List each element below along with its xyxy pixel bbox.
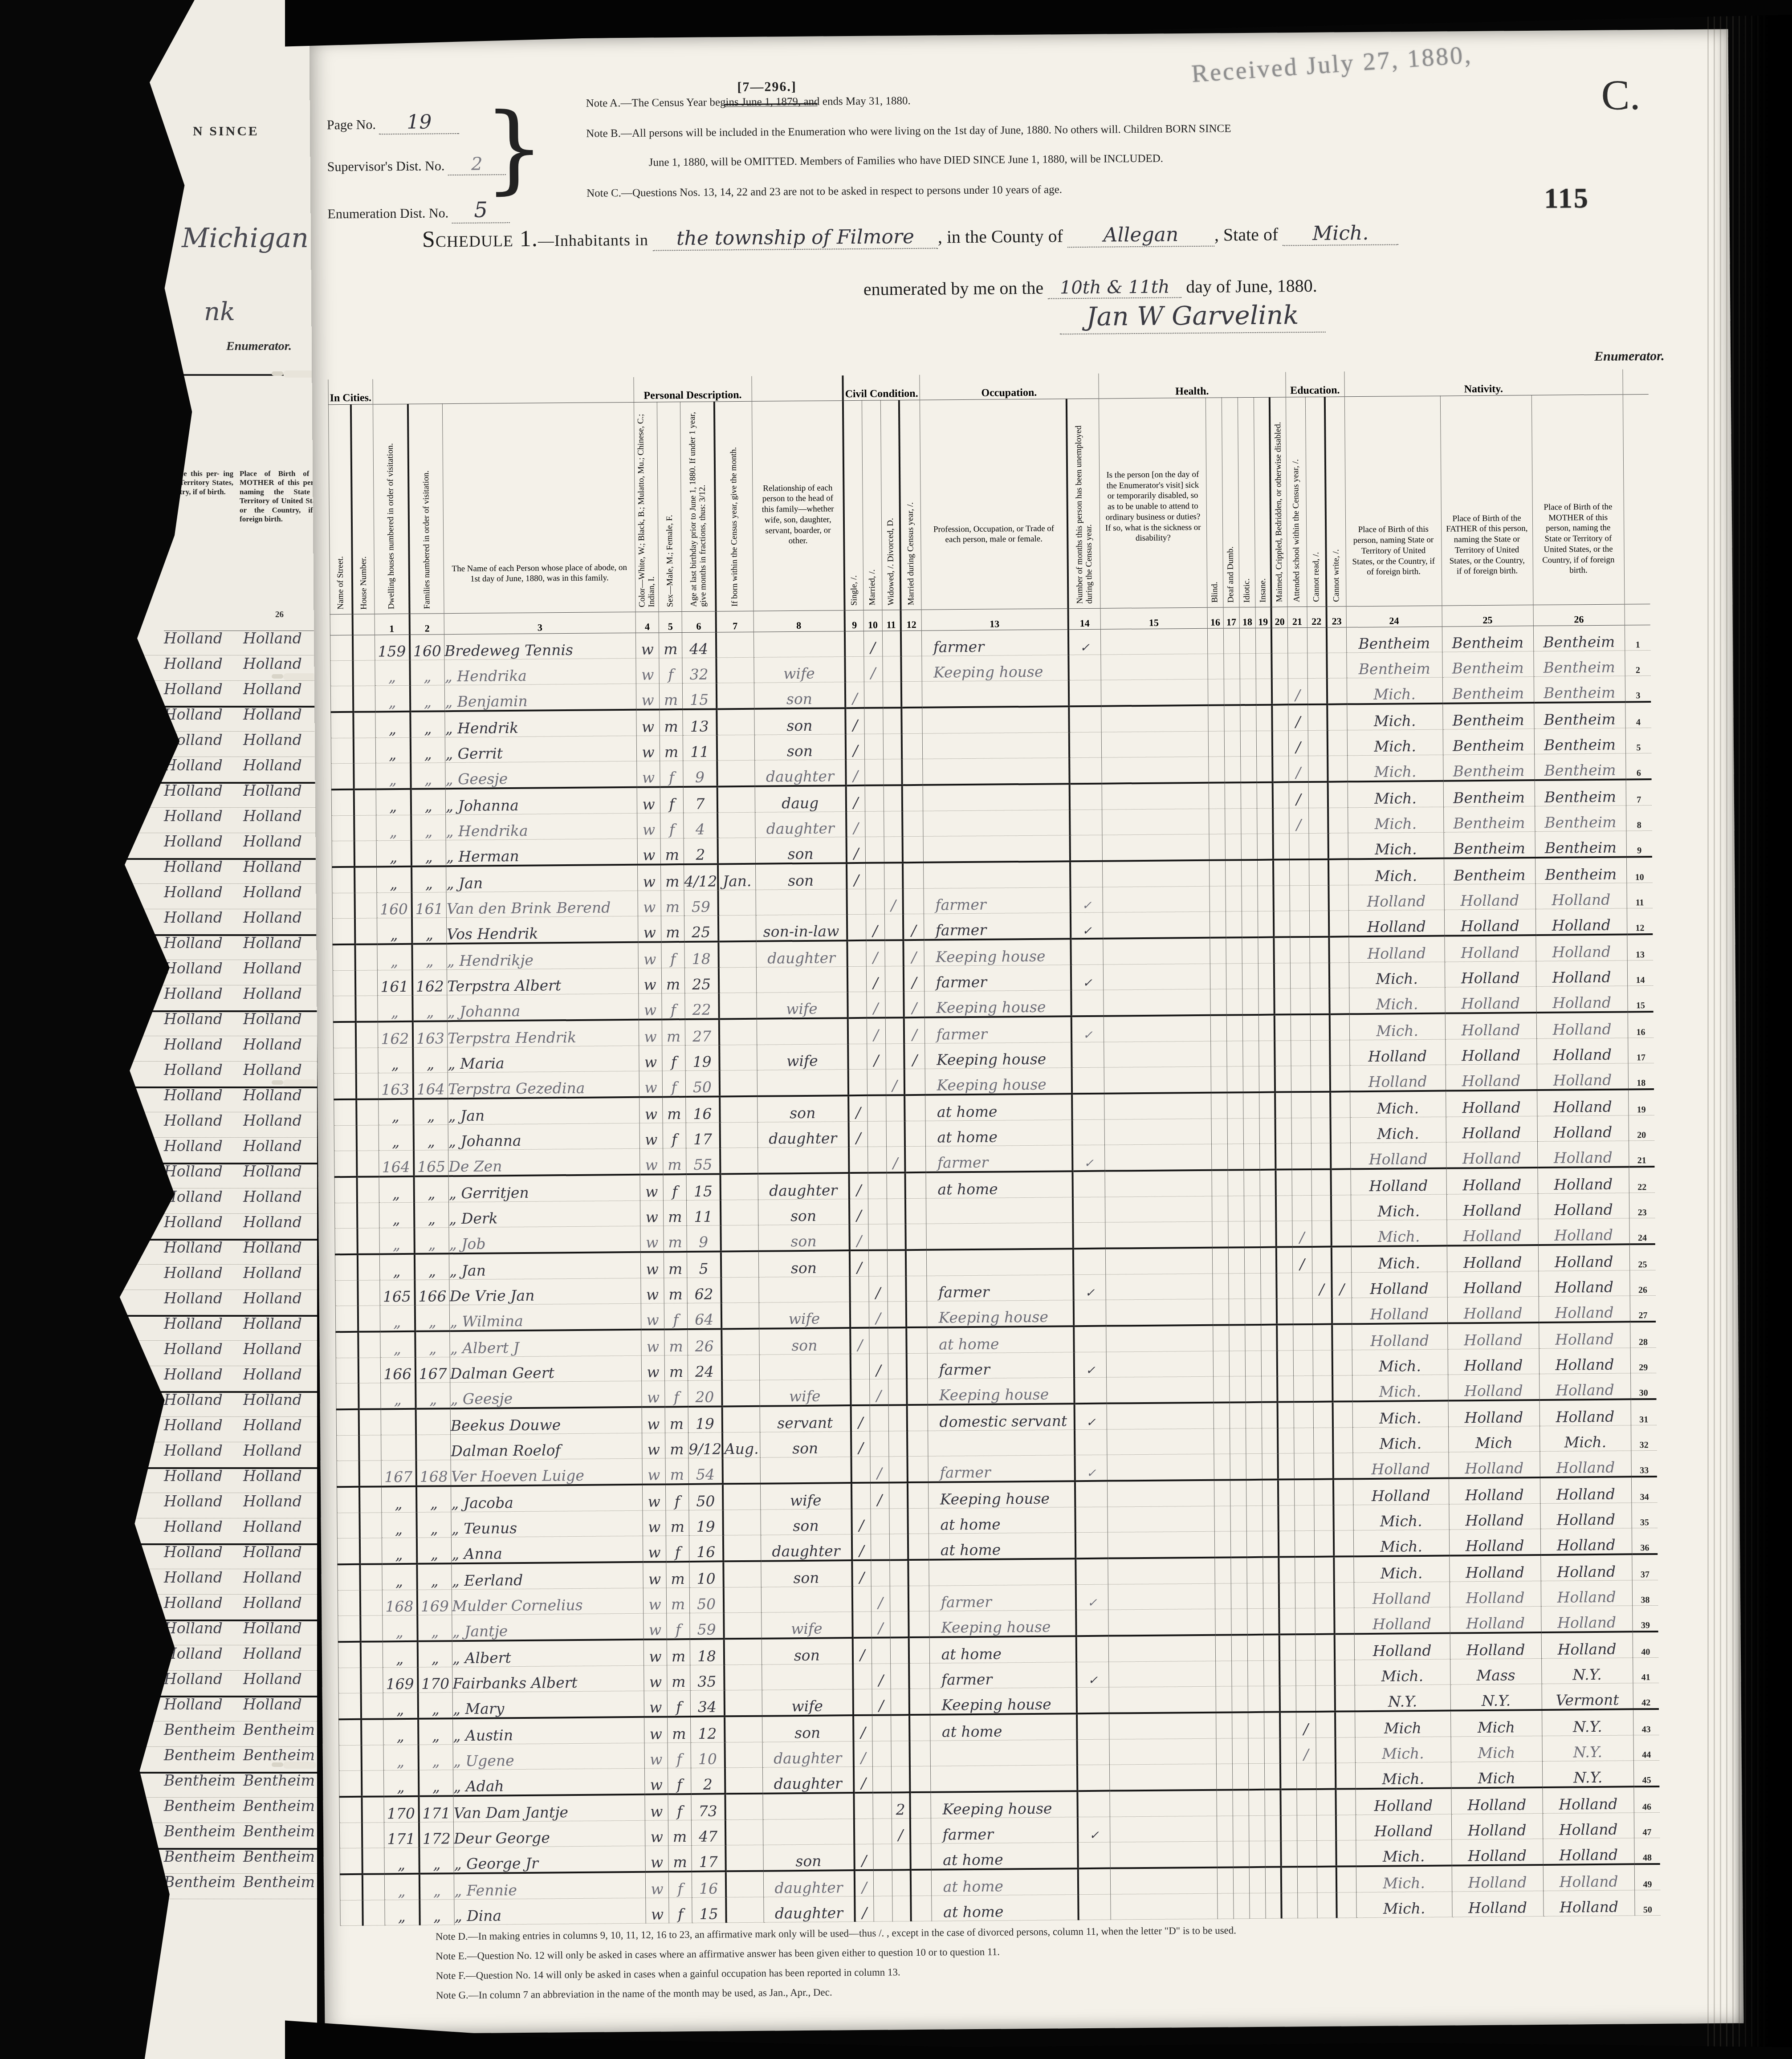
- cell-house: [355, 996, 378, 1022]
- cell-pf: Holland: [1446, 1116, 1537, 1143]
- cell-pm: Bentheim: [1533, 625, 1625, 651]
- fragment-col25-value: Holland: [164, 985, 223, 1002]
- cell-cl: w: [636, 736, 660, 761]
- cell-sc: [1292, 1195, 1311, 1221]
- cell-h20: [1279, 1557, 1295, 1583]
- cell-un: [1077, 1713, 1109, 1740]
- cell-un: [1071, 1042, 1104, 1068]
- cell-un: [1076, 1636, 1108, 1662]
- enumerator-signature: Jan W Garvelink: [1059, 300, 1326, 335]
- cell-cl: w: [641, 1278, 664, 1303]
- cell-ag: 25: [684, 916, 718, 942]
- cell-h18: [1247, 1608, 1263, 1635]
- cell-h18: [1248, 1712, 1264, 1738]
- cell-oc: at home: [930, 1713, 1077, 1741]
- cell-street: [333, 944, 355, 971]
- fragment-col26-value: Holland: [243, 1112, 302, 1129]
- cell-ag: 59: [684, 890, 718, 916]
- cell-cl: w: [644, 1717, 668, 1743]
- cell-y: [905, 1172, 926, 1199]
- cell-w: /: [886, 1147, 905, 1173]
- cell-ag: 73: [691, 1794, 725, 1820]
- cell-mo: [722, 1355, 759, 1380]
- cell-pb: Holland: [1355, 1788, 1451, 1815]
- cell-un: [1077, 1687, 1109, 1713]
- cell-pm: Holland: [1536, 1038, 1628, 1064]
- cell-dw: 164: [379, 1150, 414, 1176]
- cell-s: /: [851, 1431, 870, 1457]
- fragment-col25-value: Bentheim: [164, 1772, 236, 1789]
- cell-h20: [1271, 653, 1287, 679]
- cell-m: [864, 734, 883, 759]
- cell-un: [1077, 1765, 1109, 1791]
- cell-cl: w: [640, 1252, 664, 1278]
- cell-m: [864, 682, 883, 708]
- cell-street: [340, 1848, 362, 1874]
- fragment-col26-value: Holland: [243, 1010, 302, 1028]
- cell-pf: Holland: [1446, 1219, 1538, 1245]
- cell-street: [337, 1435, 359, 1461]
- fragment-col25-value: Holland: [164, 1442, 223, 1459]
- cell-name: Vos Hendrik: [446, 916, 638, 944]
- cell-rnum: 34: [1631, 1477, 1657, 1503]
- cell-dw: „: [379, 1254, 414, 1280]
- cell-pb: Mich.: [1352, 1349, 1448, 1375]
- fragment-col26-value: Bentheim: [243, 1873, 315, 1891]
- cell-w: [884, 785, 902, 811]
- cell-wr: [1335, 1685, 1355, 1712]
- cell-wr: [1333, 1505, 1353, 1530]
- note-a: Note A.—The Census Year begins June 1, 1…: [586, 88, 1521, 112]
- cell-pb: Holland: [1354, 1607, 1450, 1634]
- cell-mo: [726, 1897, 763, 1923]
- cell-pb: Mich.: [1349, 962, 1445, 988]
- cell-rd: [1315, 1634, 1335, 1660]
- cell-pf: Bentheim: [1443, 729, 1534, 755]
- cell-oc: domestic servant: [928, 1404, 1075, 1431]
- cell-h20: [1273, 834, 1289, 860]
- cell-street: [337, 1538, 359, 1564]
- cell-rl: daughter: [761, 1534, 852, 1561]
- column-header-cell-25: Place of Birth of the FATHER of this per…: [1440, 395, 1533, 606]
- cell-sx: m: [660, 709, 683, 736]
- cell-house: [356, 1073, 378, 1099]
- cell-ag: 64: [687, 1303, 721, 1329]
- column-number-19: 19: [1255, 607, 1271, 628]
- cell-ag: 25: [684, 968, 719, 993]
- note-b: Note B.—All persons will be included in …: [586, 118, 1544, 143]
- cell-s: [845, 656, 863, 682]
- cell-h19: [1265, 1867, 1281, 1893]
- cell-sk: [1105, 1221, 1212, 1248]
- cell-pb: N.Y.: [1355, 1685, 1450, 1711]
- cell-y: /: [903, 940, 924, 966]
- county-label: , in the County of: [938, 226, 1063, 247]
- column-number-15: 15: [1100, 607, 1207, 629]
- cell-mo: [719, 967, 756, 993]
- fragment-col26-value: Holland: [243, 1391, 302, 1408]
- cell-m: /: [870, 1457, 889, 1483]
- cell-h19: [1261, 1325, 1277, 1351]
- fragment-col25-value: Holland: [164, 1112, 223, 1129]
- cell-pb: Mich.: [1355, 1762, 1451, 1789]
- cell-name: „ Ugene: [453, 1743, 644, 1770]
- cell-sc: [1295, 1583, 1315, 1608]
- cell-pm: Holland: [1537, 1141, 1629, 1168]
- cell-h18: [1242, 1041, 1258, 1066]
- cell-w: [883, 734, 902, 759]
- column-header-17: Deaf and Dumb.: [1226, 546, 1236, 602]
- cell-pb: Holland: [1354, 1582, 1450, 1608]
- cell-m: [864, 759, 883, 785]
- cell-sx: f: [668, 1742, 691, 1768]
- cell-rnum: 36: [1632, 1528, 1658, 1554]
- fragment-col26-value: Holland: [243, 833, 302, 850]
- cell-pf: Holland: [1449, 1555, 1540, 1582]
- received-date-stamp: Received July 27, 1880,: [1191, 41, 1474, 88]
- cell-pm: Holland: [1538, 1218, 1629, 1245]
- cell-cl: w: [645, 1820, 668, 1846]
- cell-sc: [1295, 1557, 1314, 1583]
- cell-w: [889, 1560, 908, 1586]
- cell-h19: [1262, 1480, 1278, 1506]
- cell-s: [853, 1689, 872, 1715]
- fragment-col26-value: Holland: [243, 1696, 302, 1713]
- cell-sc: [1296, 1789, 1316, 1815]
- cell-h17: [1233, 1867, 1249, 1893]
- cell-name: „ Albert J: [450, 1330, 641, 1357]
- fragment-col26-value: Holland: [243, 1645, 302, 1662]
- cell-mo: [717, 735, 754, 761]
- cell-s: /: [847, 863, 865, 889]
- cell-pm: Holland: [1543, 1864, 1634, 1891]
- cell-pf: Holland: [1448, 1374, 1539, 1400]
- cell-sc: /: [1289, 782, 1308, 808]
- cell-pb: Mich.: [1351, 1194, 1446, 1221]
- cell-house: [362, 1796, 384, 1823]
- cell-h20: [1272, 704, 1288, 731]
- cell-name: „ Anna: [451, 1536, 643, 1563]
- column-header-cell-4: Color—White, W.; Black, B.; Mulatto, Mu.…: [634, 402, 659, 612]
- cell-h18: [1241, 834, 1257, 860]
- cell-rnum: 11: [1627, 883, 1653, 908]
- cell-street: [336, 1332, 358, 1358]
- cell-un: ✓: [1068, 629, 1100, 655]
- cell-name: „ Geesje: [445, 761, 637, 789]
- cell-fam: 167: [415, 1357, 450, 1383]
- cell-house: [358, 1280, 380, 1306]
- cell-h20: [1276, 1273, 1292, 1298]
- cell-s: /: [852, 1509, 871, 1534]
- cell-h19: [1256, 731, 1272, 756]
- cell-h17: [1226, 886, 1242, 911]
- cell-mo: [717, 709, 754, 735]
- fragment-col25-value: Holland: [164, 1315, 223, 1332]
- cell-wr: [1331, 1118, 1350, 1143]
- cell-m: /: [866, 992, 885, 1018]
- cell-sk: [1110, 1893, 1217, 1920]
- fragment-col25-value: Holland: [164, 1391, 223, 1408]
- cell-y: [902, 759, 922, 785]
- fragment-col26-value: Holland: [243, 909, 302, 926]
- cell-rl: son: [755, 837, 847, 864]
- cell-h16: [1210, 1015, 1226, 1041]
- cell-cl: w: [636, 658, 659, 684]
- cell-oc: [928, 1430, 1075, 1457]
- cell-y: /: [904, 966, 924, 991]
- schedule-rest: —Inhabitants in: [538, 231, 648, 250]
- cell-rl: son: [754, 734, 846, 761]
- cell-h17: [1228, 1274, 1244, 1299]
- cell-s: /: [848, 1095, 867, 1122]
- cell-sx: m: [663, 1097, 686, 1123]
- cell-s: [848, 1044, 867, 1069]
- cell-name: „ Jan: [448, 1097, 639, 1125]
- cell-fam: „: [412, 995, 447, 1021]
- cell-fam: „: [413, 1125, 448, 1151]
- cell-h17: [1227, 1092, 1243, 1119]
- cell-h19: [1258, 937, 1274, 964]
- cell-h17: [1227, 1119, 1243, 1144]
- cell-h18: [1245, 1325, 1261, 1351]
- column-number-7: 7: [716, 611, 753, 632]
- cell-rd: [1309, 911, 1329, 937]
- cell-dw: „: [376, 815, 411, 841]
- cell-rl: son: [759, 1328, 850, 1355]
- cell-dw: „: [385, 1900, 419, 1925]
- cell-pm: Bentheim: [1535, 857, 1626, 883]
- cell-s: [847, 992, 866, 1018]
- cell-house: [354, 893, 377, 918]
- cell-sc: [1291, 1040, 1310, 1066]
- cell-rd: [1316, 1815, 1336, 1840]
- cell-s: /: [854, 1766, 872, 1793]
- cell-rnum: 44: [1633, 1735, 1659, 1760]
- cell-pm: Bentheim: [1534, 728, 1625, 754]
- cell-dw: „: [382, 1538, 416, 1564]
- cell-ag: 59: [690, 1613, 724, 1639]
- cell-pm: Holland: [1543, 1838, 1634, 1865]
- cell-sk: [1102, 809, 1209, 835]
- cell-h16: [1217, 1841, 1233, 1868]
- cell-h18: [1241, 860, 1257, 886]
- cell-h20: [1279, 1531, 1295, 1557]
- cell-sx: f: [668, 1872, 692, 1898]
- page-number-stamp: 115: [1544, 182, 1589, 215]
- cell-street: [339, 1770, 361, 1797]
- cell-un: [1069, 732, 1101, 758]
- column-header-cell-5: Sex—Male, M.; Female, F.: [657, 402, 682, 612]
- cell-ag: 10: [691, 1742, 725, 1768]
- cell-mo: [716, 657, 753, 683]
- cell-un: [1068, 655, 1100, 680]
- fragment-col25-value: Bentheim: [164, 1848, 236, 1865]
- cell-h18: [1246, 1506, 1262, 1531]
- cell-sx: f: [660, 813, 684, 838]
- cell-w: [884, 914, 903, 940]
- cell-h16: [1215, 1583, 1231, 1609]
- cell-h18: [1245, 1376, 1261, 1402]
- corner-letter: C.: [1601, 70, 1641, 120]
- cell-s: /: [845, 682, 864, 708]
- cell-pf: Bentheim: [1443, 754, 1534, 781]
- cell-oc: [922, 706, 1069, 733]
- cell-rl: daug: [755, 785, 846, 812]
- cell-sc: [1293, 1350, 1313, 1375]
- cell-y: [906, 1301, 927, 1327]
- cell-s: [847, 966, 866, 992]
- column-header-rnum: [1625, 574, 1650, 577]
- cell-ag: 35: [690, 1665, 725, 1691]
- cell-h20: [1281, 1893, 1297, 1918]
- cell-h18: [1245, 1351, 1261, 1376]
- cell-pb: Holland: [1356, 1814, 1451, 1840]
- cell-ag: 9/12: [688, 1432, 723, 1458]
- cell-pf: Holland: [1446, 1090, 1537, 1117]
- cell-house: [361, 1693, 383, 1719]
- cell-dw: „: [381, 1383, 415, 1409]
- cell-h19: [1259, 1066, 1275, 1092]
- cell-pm: Holland: [1540, 1451, 1631, 1477]
- cell-oc: Keeping house: [931, 1791, 1078, 1818]
- cell-rd: [1311, 1143, 1331, 1169]
- cell-mo: [723, 1535, 761, 1561]
- cell-h19: [1263, 1608, 1279, 1635]
- cell-sx: m: [664, 1226, 687, 1252]
- cell-pm: Holland: [1541, 1632, 1633, 1658]
- cell-house: [360, 1615, 383, 1642]
- cell-h19: [1263, 1660, 1279, 1686]
- cell-pf: Holland: [1445, 1039, 1536, 1065]
- cell-pm: Holland: [1540, 1477, 1631, 1503]
- cell-mo: [716, 632, 753, 658]
- fragment-col26-value: Holland: [243, 655, 302, 672]
- cell-y: /: [903, 914, 924, 940]
- cell-wr: [1335, 1634, 1354, 1660]
- cell-sk: [1108, 1583, 1215, 1610]
- cell-street: [338, 1590, 360, 1615]
- fragment-col26-value: Holland: [243, 883, 302, 901]
- fragment-col25-value: Holland: [164, 909, 223, 926]
- fragment-col26-value: Bentheim: [243, 1721, 315, 1738]
- cell-oc: farmer: [926, 1275, 1073, 1302]
- cell-pb: Mich.: [1350, 1091, 1446, 1118]
- cell-y: /: [904, 991, 924, 1017]
- cell-wr: [1336, 1738, 1355, 1763]
- fragment-col25-value: Holland: [164, 655, 223, 672]
- cell-rnum: 13: [1627, 934, 1653, 960]
- cell-rl: [758, 1147, 849, 1174]
- cell-w: [891, 1715, 909, 1741]
- cell-pb: Mich.: [1356, 1866, 1452, 1892]
- cell-wr: [1335, 1660, 1354, 1685]
- cell-sk: [1101, 757, 1208, 783]
- cell-street: [340, 1900, 362, 1925]
- cell-y: [910, 1792, 931, 1819]
- cell-sx: m: [659, 684, 682, 710]
- cell-house: [354, 918, 377, 944]
- cell-un: [1075, 1481, 1107, 1507]
- cell-sk: [1101, 731, 1208, 757]
- cell-h17: [1233, 1893, 1249, 1919]
- fragment-born-since-text: N SINCE: [193, 124, 259, 139]
- cell-pm: Holland: [1537, 1063, 1628, 1090]
- cell-m: [873, 1792, 892, 1819]
- fragment-col25-value: Holland: [164, 1137, 223, 1155]
- fragment-col25-value: Holland: [164, 1061, 223, 1078]
- cell-street: [334, 1203, 357, 1228]
- cell-w: [882, 631, 901, 656]
- cell-y: [905, 1121, 925, 1146]
- fragment-col26-value: Bentheim: [243, 1797, 315, 1815]
- cell-sk: [1103, 938, 1210, 964]
- cell-h19: [1258, 886, 1274, 911]
- cell-m: [871, 1534, 889, 1560]
- cell-name: „ Mary: [452, 1691, 644, 1718]
- cell-h19: [1260, 1221, 1276, 1247]
- page-no-line: Page No. 19: [327, 110, 460, 135]
- cell-h18: [1244, 1170, 1260, 1196]
- cell-cl: w: [642, 1381, 665, 1407]
- cell-rl: son: [755, 863, 847, 890]
- cell-pb: Holland: [1348, 884, 1444, 911]
- cell-ag: 50: [689, 1587, 724, 1613]
- cell-rl: son: [758, 1199, 849, 1225]
- cell-pm: Holland: [1541, 1606, 1632, 1632]
- cell-pm: Mich.: [1539, 1425, 1631, 1452]
- cell-street: [332, 867, 354, 893]
- column-header-15: Is the person [on the day of the Enumera…: [1100, 468, 1206, 546]
- cell-sk: [1108, 1661, 1215, 1687]
- cell-h18: [1248, 1790, 1264, 1816]
- column-header-cell-1: Dwelling houses numbered in order of vis…: [373, 404, 409, 614]
- cell-mo: [718, 915, 756, 941]
- cell-s: [851, 1379, 869, 1405]
- cell-un: ✓: [1074, 1352, 1106, 1378]
- cell-h18: [1239, 653, 1255, 679]
- cell-fam: 170: [418, 1667, 452, 1693]
- cell-un: ✓: [1076, 1662, 1108, 1688]
- cell-rnum: 38: [1632, 1580, 1658, 1605]
- cell-w: [891, 1689, 909, 1715]
- cell-oc: farmer: [924, 965, 1071, 992]
- cell-ag: 2: [691, 1768, 725, 1794]
- cell-sx: m: [668, 1717, 691, 1743]
- cell-h17: [1229, 1376, 1245, 1403]
- cell-street: [339, 1797, 362, 1823]
- cell-house: [359, 1435, 381, 1461]
- cell-h19: [1264, 1790, 1280, 1816]
- cell-fam: „: [413, 1099, 448, 1125]
- cell-un: [1072, 1094, 1104, 1120]
- cell-h19: [1261, 1376, 1277, 1402]
- cell-street: [330, 635, 352, 660]
- cell-sc: [1295, 1634, 1315, 1660]
- cell-sx: m: [664, 1329, 688, 1355]
- cell-house: [353, 738, 375, 763]
- cell-sk: [1100, 628, 1207, 655]
- cell-wr: [1333, 1453, 1353, 1479]
- cell-w: [887, 1276, 906, 1302]
- cell-sk: [1109, 1738, 1216, 1765]
- cell-rd: [1316, 1840, 1336, 1867]
- cell-pb: Holland: [1349, 1039, 1445, 1066]
- cell-fam: „: [419, 1873, 454, 1900]
- column-header-street: Name of Street.: [336, 556, 346, 610]
- cell-mo: [725, 1794, 763, 1820]
- cell-pf: Bentheim: [1443, 806, 1535, 833]
- cell-mo: [721, 1174, 758, 1200]
